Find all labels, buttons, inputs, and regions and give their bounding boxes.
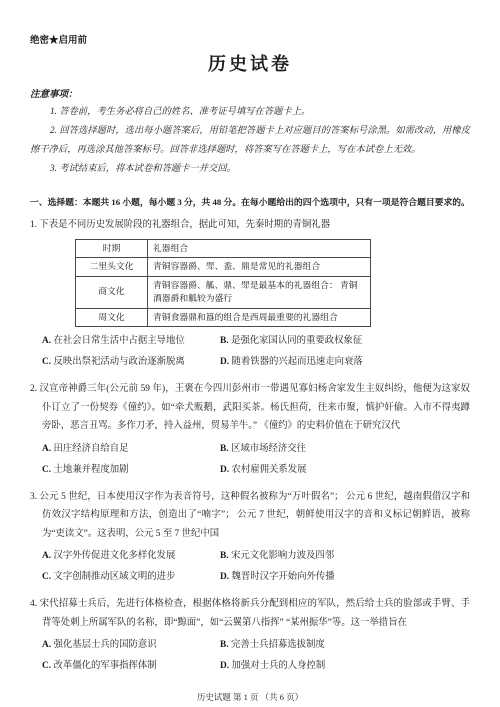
table-row: 商文化 青铜容器爵、觚、鼎、斝是最基本的礼器组合： 青铜酒器爵和觚较为盛行 <box>76 276 371 308</box>
option-letter: C. <box>42 465 51 475</box>
option-letter: A. <box>42 640 51 650</box>
option-text: 完善士兵招募选拔制度 <box>231 640 325 650</box>
question-1-options: A. 在社会日常生活中占据主导地位 B. 是强化家国认同的重要政权象征 C. 反… <box>30 332 470 371</box>
question-1-option-b: B. 是强化家国认同的重要政权象征 <box>220 332 362 350</box>
option-letter: C. <box>42 661 51 671</box>
question-2-option-a: A. 田庄经济自给自足 <box>42 440 220 458</box>
question-3-option-b: B. 宋元文化影响力波及四邻 <box>220 547 334 565</box>
table-header-combination: 礼器组合 <box>148 239 371 258</box>
option-letter: C. <box>42 357 51 367</box>
table-cell-period: 商文化 <box>76 276 148 308</box>
option-text: 宋元文化影响力波及四邻 <box>231 551 334 561</box>
table-cell-combination: 青铜容器爵、斝、盉、鼎是常见的礼器组合 <box>148 258 371 277</box>
question-1-stem: 1. 下表是不同历史发展阶段的礼器组合，据此可知，先秦时期的青铜礼器 <box>30 216 470 235</box>
option-text: 强化基层士兵的国防意识 <box>53 640 156 650</box>
question-4-option-b: B. 完善士兵招募选拔制度 <box>220 636 325 654</box>
option-row: C. 反映出祭祀活动与政治逐渐脱离 D. 随着铁器的兴起而迅速走向衰落 <box>30 353 470 371</box>
note-item-3: 3. 考试结束后，将本试卷和答题卡一并交回。 <box>30 160 470 179</box>
option-text: 在社会日常生活中占据主导地位 <box>53 336 184 346</box>
question-1-option-c: C. 反映出祭祀活动与政治逐渐脱离 <box>42 353 220 371</box>
option-text: 反映出祭祀活动与政治逐渐脱离 <box>53 357 184 367</box>
option-letter: A. <box>42 336 51 346</box>
option-text: 土地兼并程度加剧 <box>53 465 128 475</box>
option-letter: B. <box>220 444 229 454</box>
table-header-row: 时期 礼器组合 <box>76 239 371 258</box>
page-footer: 历史试题 第 1 页 （共 6 页） <box>30 691 470 703</box>
option-letter: D. <box>220 465 229 475</box>
question-1: 1. 下表是不同历史发展阶段的礼器组合，据此可知，先秦时期的青铜礼器 时期 礼器… <box>30 216 470 371</box>
option-row: A. 强化基层士兵的国防意识 B. 完善士兵招募选拔制度 <box>30 636 470 654</box>
question-1-option-d: D. 随着铁器的兴起而迅速走向衰落 <box>220 353 363 371</box>
table-cell-combination: 青铜容器爵、觚、鼎、斝是最基本的礼器组合： 青铜酒器爵和觚较为盛行 <box>148 276 371 308</box>
page-title: 历史试卷 <box>30 50 470 76</box>
table-cell-combination: 青铜食器鼎和簋的组合是西周最重要的礼器组合 <box>148 308 371 327</box>
option-text: 改革僵化的军事指挥体制 <box>53 661 156 671</box>
option-text: 农村雇佣关系发展 <box>231 465 306 475</box>
question-2: 2. 汉宣帝神爵三年(公元前 59 年)，王褒在今四川彭州市一带遇见寡妇杨舍家发… <box>30 380 470 479</box>
option-text: 汉字外传促进文化多样化发展 <box>53 551 175 561</box>
note-item-2: 2. 回答选择题时，选出每小题答案后，用铅笔把答题卡上对应题目的答案标号涂黑。如… <box>30 122 470 160</box>
option-letter: B. <box>220 551 229 561</box>
question-2-option-d: D. 农村雇佣关系发展 <box>220 461 306 479</box>
question-3: 3. 公元 5 世纪，日本使用汉字作为表音符号，这种假名被称为“万叶假名”； 公… <box>30 488 470 587</box>
question-4-option-c: C. 改革僵化的军事指挥体制 <box>42 657 220 675</box>
question-2-options: A. 田庄经济自给自足 B. 区域市场经济交往 C. 土地兼并程度加剧 D. 农… <box>30 440 470 479</box>
question-2-stem: 2. 汉宣帝神爵三年(公元前 59 年)，王褒在今四川彭州市一带遇见寡妇杨舍家发… <box>30 380 470 436</box>
option-letter: D. <box>220 572 229 582</box>
question-4-option-a: A. 强化基层士兵的国防意识 <box>42 636 220 654</box>
table-row: 周文化 青铜食器鼎和簋的组合是西周最重要的礼器组合 <box>76 308 371 327</box>
option-text: 文字创制推动区域文明的进步 <box>53 572 175 582</box>
option-text: 魏晋时汉字开始向外传播 <box>231 572 334 582</box>
option-letter: C. <box>42 572 51 582</box>
option-letter: B. <box>220 336 229 346</box>
option-text: 区域市场经济交往 <box>231 444 306 454</box>
option-row: A. 汉字外传促进文化多样化发展 B. 宋元文化影响力波及四邻 <box>30 547 470 565</box>
option-text: 随着铁器的兴起而迅速走向衰落 <box>231 357 362 367</box>
exam-page: 绝密★启用前 历史试卷 注意事项： 1. 答卷前，考生务必将自己的姓名、准考证号… <box>0 0 500 707</box>
question-4-options: A. 强化基层士兵的国防意识 B. 完善士兵招募选拔制度 C. 改革僵化的军事指… <box>30 636 470 675</box>
option-letter: D. <box>220 357 229 367</box>
question-3-option-c: C. 文字创制推动区域文明的进步 <box>42 568 220 586</box>
option-letter: B. <box>220 640 229 650</box>
option-row: A. 在社会日常生活中占据主导地位 B. 是强化家国认同的重要政权象征 <box>30 332 470 350</box>
question-2-option-b: B. 区域市场经济交往 <box>220 440 306 458</box>
question-3-option-d: D. 魏晋时汉字开始向外传播 <box>220 568 335 586</box>
question-3-options: A. 汉字外传促进文化多样化发展 B. 宋元文化影响力波及四邻 C. 文字创制推… <box>30 547 470 586</box>
notes-heading: 注意事项： <box>30 86 470 100</box>
option-text: 田庄经济自给自足 <box>53 444 128 454</box>
option-letter: A. <box>42 444 51 454</box>
ritual-vessel-table: 时期 礼器组合 二里头文化 青铜容器爵、斝、盉、鼎是常见的礼器组合 商文化 青铜… <box>75 239 371 328</box>
notes-section: 注意事项： 1. 答卷前，考生务必将自己的姓名、准考证号填写在答题卡上。 2. … <box>30 86 470 179</box>
question-1-option-a: A. 在社会日常生活中占据主导地位 <box>42 332 220 350</box>
table-cell-period: 周文化 <box>76 308 148 327</box>
table-header-period: 时期 <box>76 239 148 258</box>
option-row: C. 改革僵化的军事指挥体制 D. 加强对士兵的人身控制 <box>30 657 470 675</box>
question-3-stem: 3. 公元 5 世纪，日本使用汉字作为表音符号，这种假名被称为“万叶假名”； 公… <box>30 488 470 544</box>
option-row: C. 土地兼并程度加剧 D. 农村雇佣关系发展 <box>30 461 470 479</box>
table-cell-period: 二里头文化 <box>76 258 148 277</box>
section-heading: 一、选择题：本题共 16 小题，每小题 3 分，共 48 分。在每小题给出的四个… <box>30 193 470 212</box>
question-4: 4. 宋代招募士兵后，先进行体格检查，根据体格将新兵分配到相应的军队，然后给士兵… <box>30 595 470 675</box>
question-4-option-d: D. 加强对士兵的人身控制 <box>220 657 325 675</box>
note-item-1: 1. 答卷前，考生务必将自己的姓名、准考证号填写在答题卡上。 <box>30 103 470 122</box>
option-text: 是强化家国认同的重要政权象征 <box>231 336 362 346</box>
question-4-stem: 4. 宋代招募士兵后，先进行体格检查，根据体格将新兵分配到相应的军队，然后给士兵… <box>30 595 470 632</box>
option-text: 加强对士兵的人身控制 <box>231 661 325 671</box>
question-2-option-c: C. 土地兼并程度加剧 <box>42 461 220 479</box>
option-letter: A. <box>42 551 51 561</box>
option-row: A. 田庄经济自给自足 B. 区域市场经济交往 <box>30 440 470 458</box>
question-3-option-a: A. 汉字外传促进文化多样化发展 <box>42 547 220 565</box>
table-row: 二里头文化 青铜容器爵、斝、盉、鼎是常见的礼器组合 <box>76 258 371 277</box>
option-row: C. 文字创制推动区域文明的进步 D. 魏晋时汉字开始向外传播 <box>30 568 470 586</box>
option-letter: D. <box>220 661 229 671</box>
classification-label: 绝密★启用前 <box>30 32 470 46</box>
